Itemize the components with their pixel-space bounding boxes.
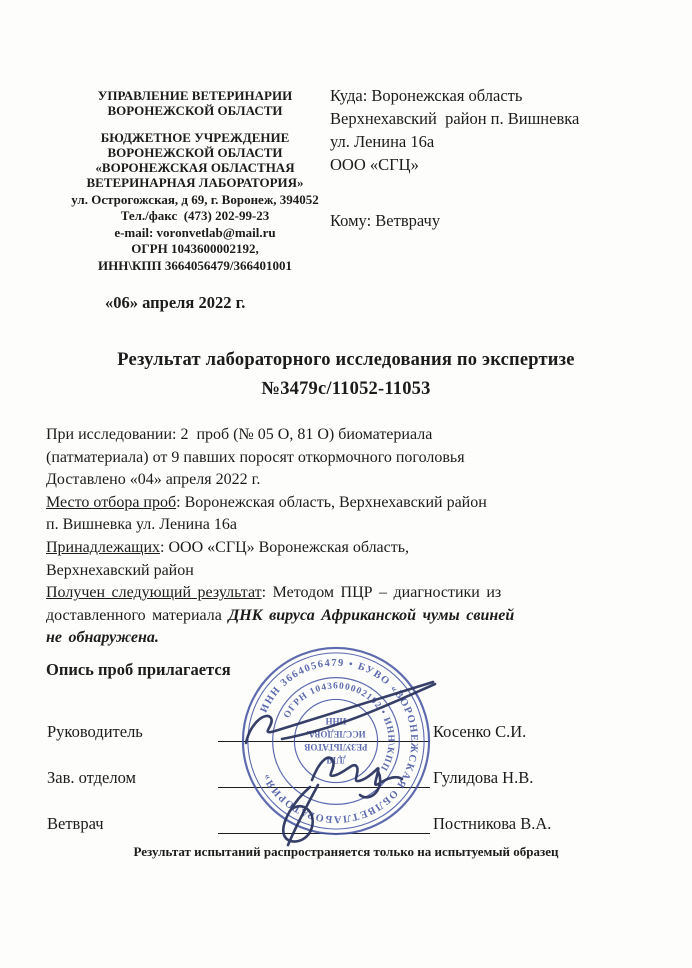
signature-name: Гулидова Н.В. xyxy=(433,768,533,788)
signature-line xyxy=(218,809,430,834)
paragraph-result: Получен следующий результат: Методом ПЦР… xyxy=(46,582,646,650)
signature-role: Зав. отделом xyxy=(47,768,218,788)
signature-row-vet: Ветврач Постникова В.А. xyxy=(47,810,622,834)
letterhead-institution: БЮДЖЕТНОЕ УЧРЕЖДЕНИЕ ВОРОНЕЖСКОЙ ОБЛАСТИ… xyxy=(42,130,348,190)
addressee-block: Куда: Воронежская область Верхнехавский … xyxy=(330,84,660,232)
signature-role: Ветврач xyxy=(47,814,218,834)
signature-line xyxy=(218,717,430,742)
addressee-address: Куда: Воронежская область Верхнехавский … xyxy=(330,84,660,176)
owner-label: Принадлежащих xyxy=(46,539,160,556)
letterhead-authority: УПРАВЛЕНИЕ ВЕТЕРИНАРИИ ВОРОНЕЖСКОЙ ОБЛАС… xyxy=(42,88,348,118)
document-body: При исследовании: 2 проб (№ 05 О, 81 О) … xyxy=(46,424,646,650)
document-title: Результат лабораторного исследования по … xyxy=(0,346,692,404)
paragraph-owner: Принадлежащих: ООО «СГЦ» Воронежская обл… xyxy=(46,537,646,582)
letterhead-contacts: ул. Острогожская, д 69, г. Воронеж, 3940… xyxy=(42,192,348,274)
signature-name: Постникова В.А. xyxy=(433,814,551,834)
document-page: УПРАВЛЕНИЕ ВЕТЕРИНАРИИ ВОРОНЕЖСКОЙ ОБЛАС… xyxy=(0,0,692,968)
signature-line xyxy=(218,763,430,788)
paragraph-samples: При исследовании: 2 проб (№ 05 О, 81 О) … xyxy=(46,424,646,492)
place-label: Место отбора проб xyxy=(46,494,176,511)
signature-row-dept-head: Зав. отделом Гулидова Н.В. xyxy=(47,764,622,788)
paragraph-place: Место отбора проб: Воронежская область, … xyxy=(46,492,646,537)
signature-name: Косенко С.И. xyxy=(433,722,526,742)
result-label: Получен следующий результат xyxy=(46,584,262,601)
letterhead: УПРАВЛЕНИЕ ВЕТЕРИНАРИИ ВОРОНЕЖСКОЙ ОБЛАС… xyxy=(42,88,348,274)
footer-disclaimer: Результат испытаний распространяется тол… xyxy=(0,844,692,860)
attachment-note: Опись проб прилагается xyxy=(46,660,231,680)
stamp-inner-text-2: РЕЗУЛЬТАТОВ xyxy=(304,742,367,752)
addressee-person: Кому: Ветврачу xyxy=(330,209,660,232)
signature-role: Руководитель xyxy=(47,722,218,742)
document-date: «06» апреля 2022 г. xyxy=(105,293,245,313)
signature-row-director: Руководитель Косенко С.И. xyxy=(47,718,622,742)
